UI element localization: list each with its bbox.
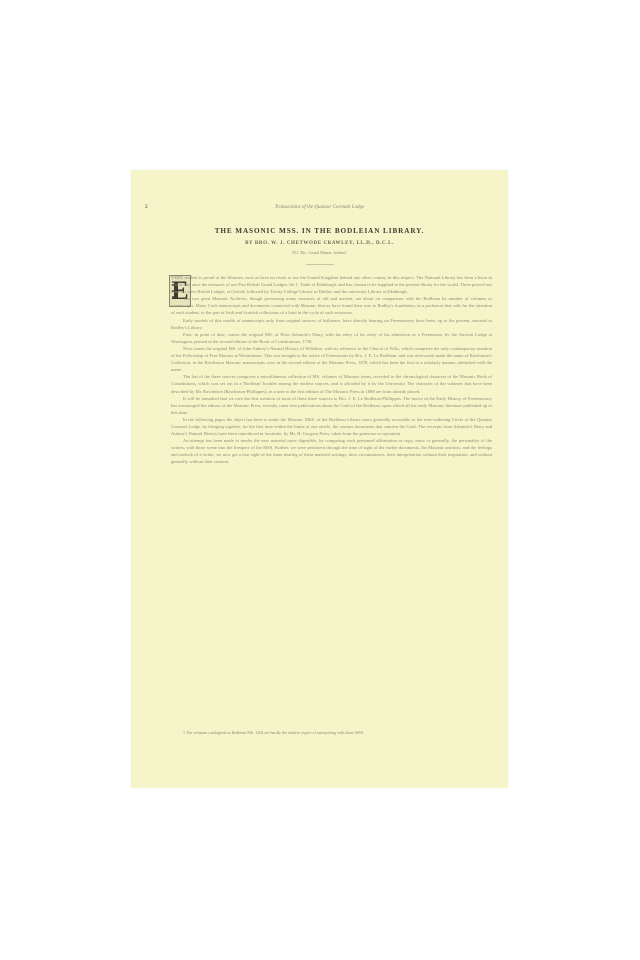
paragraph: First, in point of date, comes the origi… — [171, 331, 492, 345]
paragraph: An attempt has been made to render the n… — [171, 437, 492, 465]
paragraph: In the following pages the object has be… — [171, 416, 492, 437]
running-head: 2 Transactions of the Quatuor Coronati L… — [145, 205, 494, 215]
author-byline: BY BRO. W. J. CHETWODE CRAWLEY, LL.D., D… — [151, 241, 488, 246]
footnote: 1 The volumes catalogued as Bodleian MS.… — [171, 730, 492, 736]
paragraph: The last of the three sources comprises … — [171, 373, 492, 394]
author-affiliation: P.G. Dn., Grand Master, Ireland. — [151, 250, 488, 255]
running-title: Transactions of the Quatuor Coronati Lod… — [145, 205, 494, 210]
paragraph: Next comes the original MS. of John Aubr… — [171, 345, 492, 373]
article-body: VERY student is proud of the libraries, … — [171, 274, 492, 466]
paragraph: It will be remarked that we owe the firs… — [171, 395, 492, 416]
document-page: 2 Transactions of the Quatuor Coronati L… — [131, 170, 508, 788]
title-divider — [306, 264, 334, 265]
paragraph: VERY student is proud of the libraries, … — [171, 274, 492, 295]
paragraph: Early models of this wealth of manuscrip… — [171, 317, 492, 331]
article-title: THE MASONIC MSS. IN THE BODLEIAN LIBRARY… — [151, 227, 488, 235]
paragraph: The two great Masonic Archives, though p… — [171, 295, 492, 316]
